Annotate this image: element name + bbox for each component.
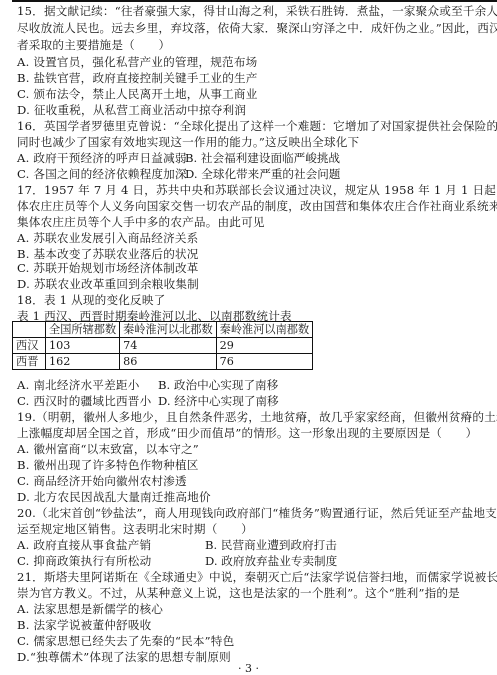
q21-option-a: A. 法家思想是新儒学的核心 (17, 601, 163, 617)
table-cell: 西晋 (13, 354, 46, 370)
q18-option-d: D. 经济中心实现了南移 (158, 393, 279, 409)
table-header-cell: 秦岭淮河以北郡数 (120, 322, 217, 338)
table-cell: 76 (216, 354, 313, 370)
q21-stem-line-1: 21．斯塔夫里阿诺斯在《全球通史》中说，秦朝灭亡后“法家学说信誉扫地，而儒家学说… (17, 569, 497, 585)
table-header-cell: 秦岭淮河以南郡数 (216, 322, 313, 338)
q15-option-b: B. 盐铁官营，政府直接控制关键手工业的生产 (17, 70, 258, 86)
q20-stem-line-2: 运至规定地区销售。这表明北宋时期（ ） (17, 521, 253, 537)
q21-option-c: C. 儒家思想已经失去了先秦的“民本”特色 (17, 633, 234, 649)
q20-option-b: B. 民营商业遭到政府打击 (205, 537, 337, 553)
q16-stem-line-2: 同时也减少了国家有效地实现这一作用的能力。”这反映出全球化下 (17, 134, 359, 150)
table-cell: 29 (216, 338, 313, 354)
q15-stem-line-3: 者采取的主要措施是（ ） (17, 37, 170, 53)
q15-option-c: C. 颁布法令，禁止人民离开土地，从事工商业 (17, 86, 258, 102)
table-header-row: 全国所辖郡数 秦岭淮河以北郡数 秦岭淮河以南郡数 (13, 322, 313, 338)
table-cell: 103 (46, 338, 120, 354)
q18-stem: 18．表 1 从现的变化反映了 (17, 292, 165, 308)
data-table: 全国所辖郡数 秦岭淮河以北郡数 秦岭淮河以南郡数 西汉 103 74 29 西晋… (12, 321, 313, 370)
q21-stem-line-2: 崇为官方教义。不过，从某种意义上说，这也是法家的一个胜利”。这个“胜利”指的是 (17, 585, 460, 601)
q17-option-a: A. 苏联农业发展引入商品经济关系 (17, 230, 198, 246)
q15-option-d: D. 征收重税，从私营工商业活动中掠夺利润 (17, 102, 246, 118)
q20-option-a: A. 政府直接从事食盐产销 (17, 537, 151, 553)
q15-option-a: A. 设置官员，强化私营产业的管理，规范布场 (17, 54, 257, 70)
q19-option-c: C. 商品经济开始向徽州农村渗透 (17, 473, 187, 489)
q19-option-d: D. 北方农民因战乱大量南迁推高地价 (17, 489, 211, 505)
page-number: · 3 · (0, 662, 497, 675)
q16-option-a: A. 政府干预经济的呼声日益减弱 (17, 150, 187, 166)
q16-option-b: B. 社会福利建设面临严峻挑战 (185, 150, 340, 166)
table-cell: 86 (120, 354, 217, 370)
table-cell: 西汉 (13, 338, 46, 354)
q19-option-a: A. 徽州富商“以末致富，以本守之” (17, 441, 199, 457)
q16-stem-line-1: 16．英国学者罗德里克曾说：“全球化提出了这样一个难题：它增加了对国家提供社会保… (17, 118, 497, 134)
table-header-cell (13, 322, 46, 338)
q17-stem-line-1: 17．1957 年 7 月 4 日，苏共中央和苏联部长会议通过决议，规定从 19… (17, 182, 497, 198)
top-rule (12, 0, 497, 2)
q16-option-d: D. 全球化带来严重的社会问题 (185, 166, 340, 182)
q19-stem-line-1: 19.（明朝，徽州人多地少，且自然条件恶劣，土地贫瘠，故几乎家家经商，但徽州贫瘠… (17, 409, 497, 425)
q18-option-c: C. 西汉时的疆域比西晋小 (17, 393, 151, 409)
q17-stem-line-3: 集体农庄庄员等个人手中多的农产品。由此可见 (17, 214, 265, 230)
q18-option-a: A. 南北经济水平差距小 (17, 377, 140, 393)
q20-option-d: D. 政府放弃盐业专卖制度 (205, 553, 337, 569)
table-header-cell: 全国所辖郡数 (46, 322, 120, 338)
table-row: 西晋 162 86 76 (13, 354, 313, 370)
q17-option-d: D. 苏联农业改革重回到余粮收集制 (17, 276, 199, 292)
q19-option-b: B. 徽州出现了许多特色作物种植区 (17, 457, 199, 473)
q18-option-b: B. 政治中心实现了南移 (158, 377, 278, 393)
q16-option-c: C. 各国之间的经济依赖程度加深 (17, 166, 187, 182)
q19-stem-line-2: 上涨幅度却居全国之首，形成“田少而值昂”的情形。这一形象出现的主要原因是（ ） (17, 425, 477, 441)
table-cell: 74 (120, 338, 217, 354)
q15-stem-line-2: 尽收放流人民也。远去乡里，弃坟落，依倚大家．聚深山穷泽之中．成奸伪之业。”因此，… (17, 20, 497, 36)
q15-stem-line-1: 15．据文献记续：“往者豪强大家，得甘山海之利，采铁石胜铸．煮盐，一家聚众或至千… (17, 3, 497, 19)
q21-option-b: B. 法家学说被董仲舒吸收 (17, 617, 151, 633)
q17-option-c: C. 苏联开始规划市场经济体制改革 (17, 260, 199, 276)
q17-stem-line-2: 体农庄庄员等个人义务向国家交售一切农产品的制度，改由国营和集体农庄合作社商业系统… (17, 198, 497, 214)
q20-option-c: C. 抑商政策执行有所松动 (17, 553, 151, 569)
q20-stem-line-1: 20.（北宋首创“钞盐法”，商人用现钱向政府部门“榷货务”购置通行证，然后凭证至… (17, 505, 497, 521)
table-cell: 162 (46, 354, 120, 370)
table-row: 西汉 103 74 29 (13, 338, 313, 354)
